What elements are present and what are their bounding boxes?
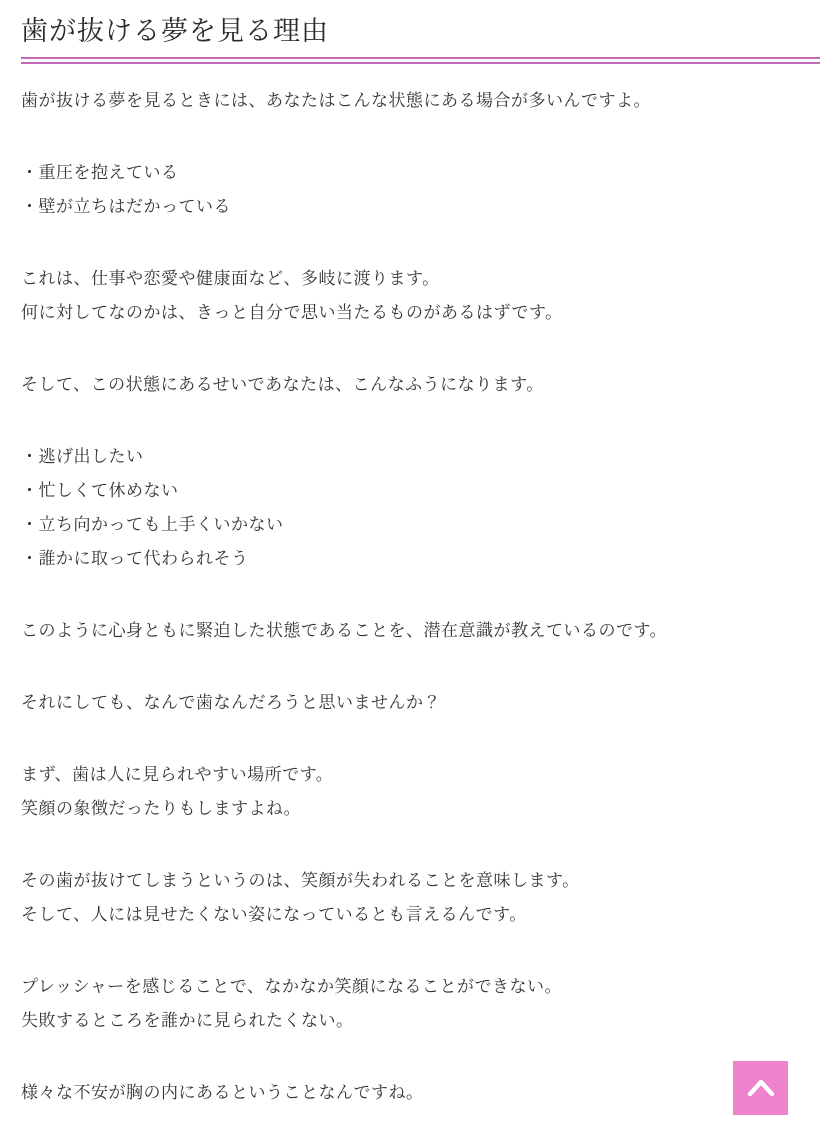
- bullet-item: ・壁が立ちはだかっている: [21, 190, 820, 224]
- page-title: 歯が抜ける夢を見る理由: [21, 14, 820, 48]
- bullet-item: ・重圧を抱えている: [21, 156, 820, 190]
- article-body: 歯が抜ける夢を見るときには、あなたはこんな状態にある場合が多いんですよ。・重圧を…: [21, 64, 820, 1110]
- paragraph: これは、仕事や恋愛や健康面など、多岐に渡ります。何に対してなのかは、きっと自分で…: [21, 262, 820, 330]
- text-line: 様々な不安が胸の内にあるということなんですね。: [21, 1076, 820, 1110]
- text-line: まず、歯は人に見られやすい場所です。: [21, 758, 820, 792]
- text-line: そして、人には見せたくない姿になっているとも言えるんです。: [21, 898, 820, 932]
- paragraph: そして、この状態にあるせいであなたは、こんなふうになります。: [21, 368, 820, 402]
- bullet-item: ・忙しくて休めない: [21, 474, 820, 508]
- text-line: そして、この状態にあるせいであなたは、こんなふうになります。: [21, 368, 820, 402]
- text-line: プレッシャーを感じることで、なかなか笑顔になることができない。: [21, 970, 820, 1004]
- paragraph: プレッシャーを感じることで、なかなか笑顔になることができない。失敗するところを誰…: [21, 970, 820, 1038]
- title-divider: [21, 57, 820, 64]
- text-line: 笑顔の象徴だったりもしますよね。: [21, 792, 820, 826]
- text-line: これは、仕事や恋愛や健康面など、多岐に渡ります。: [21, 262, 820, 296]
- paragraph: その歯が抜けてしまうというのは、笑顔が失われることを意味します。そして、人には見…: [21, 864, 820, 932]
- article: 歯が抜ける夢を見る理由 歯が抜ける夢を見るときには、あなたはこんな状態にある場合…: [0, 14, 840, 1110]
- text-line: 何に対してなのかは、きっと自分で思い当たるものがあるはずです。: [21, 296, 820, 330]
- text-line: その歯が抜けてしまうというのは、笑顔が失われることを意味します。: [21, 864, 820, 898]
- bullet-list: ・重圧を抱えている・壁が立ちはだかっている: [21, 156, 820, 224]
- bullet-item: ・逃げ出したい: [21, 440, 820, 474]
- bullet-item: ・誰かに取って代わられそう: [21, 542, 820, 576]
- paragraph: 歯が抜ける夢を見るときには、あなたはこんな状態にある場合が多いんですよ。: [21, 84, 820, 118]
- paragraph: このように心身ともに緊迫した状態であることを、潜在意識が教えているのです。: [21, 614, 820, 648]
- paragraph: それにしても、なんで歯なんだろうと思いませんか？: [21, 686, 820, 720]
- text-line: 歯が抜ける夢を見るときには、あなたはこんな状態にある場合が多いんですよ。: [21, 84, 820, 118]
- bullet-item: ・立ち向かっても上手くいかない: [21, 508, 820, 542]
- bullet-list: ・逃げ出したい・忙しくて休めない・立ち向かっても上手くいかない・誰かに取って代わ…: [21, 440, 820, 576]
- chevron-up-icon: [744, 1076, 778, 1100]
- paragraph: 様々な不安が胸の内にあるということなんですね。: [21, 1076, 820, 1110]
- text-line: このように心身ともに緊迫した状態であることを、潜在意識が教えているのです。: [21, 614, 820, 648]
- scroll-to-top-button[interactable]: [733, 1061, 788, 1115]
- text-line: 失敗するところを誰かに見られたくない。: [21, 1004, 820, 1038]
- text-line: それにしても、なんで歯なんだろうと思いませんか？: [21, 686, 820, 720]
- paragraph: まず、歯は人に見られやすい場所です。笑顔の象徴だったりもしますよね。: [21, 758, 820, 826]
